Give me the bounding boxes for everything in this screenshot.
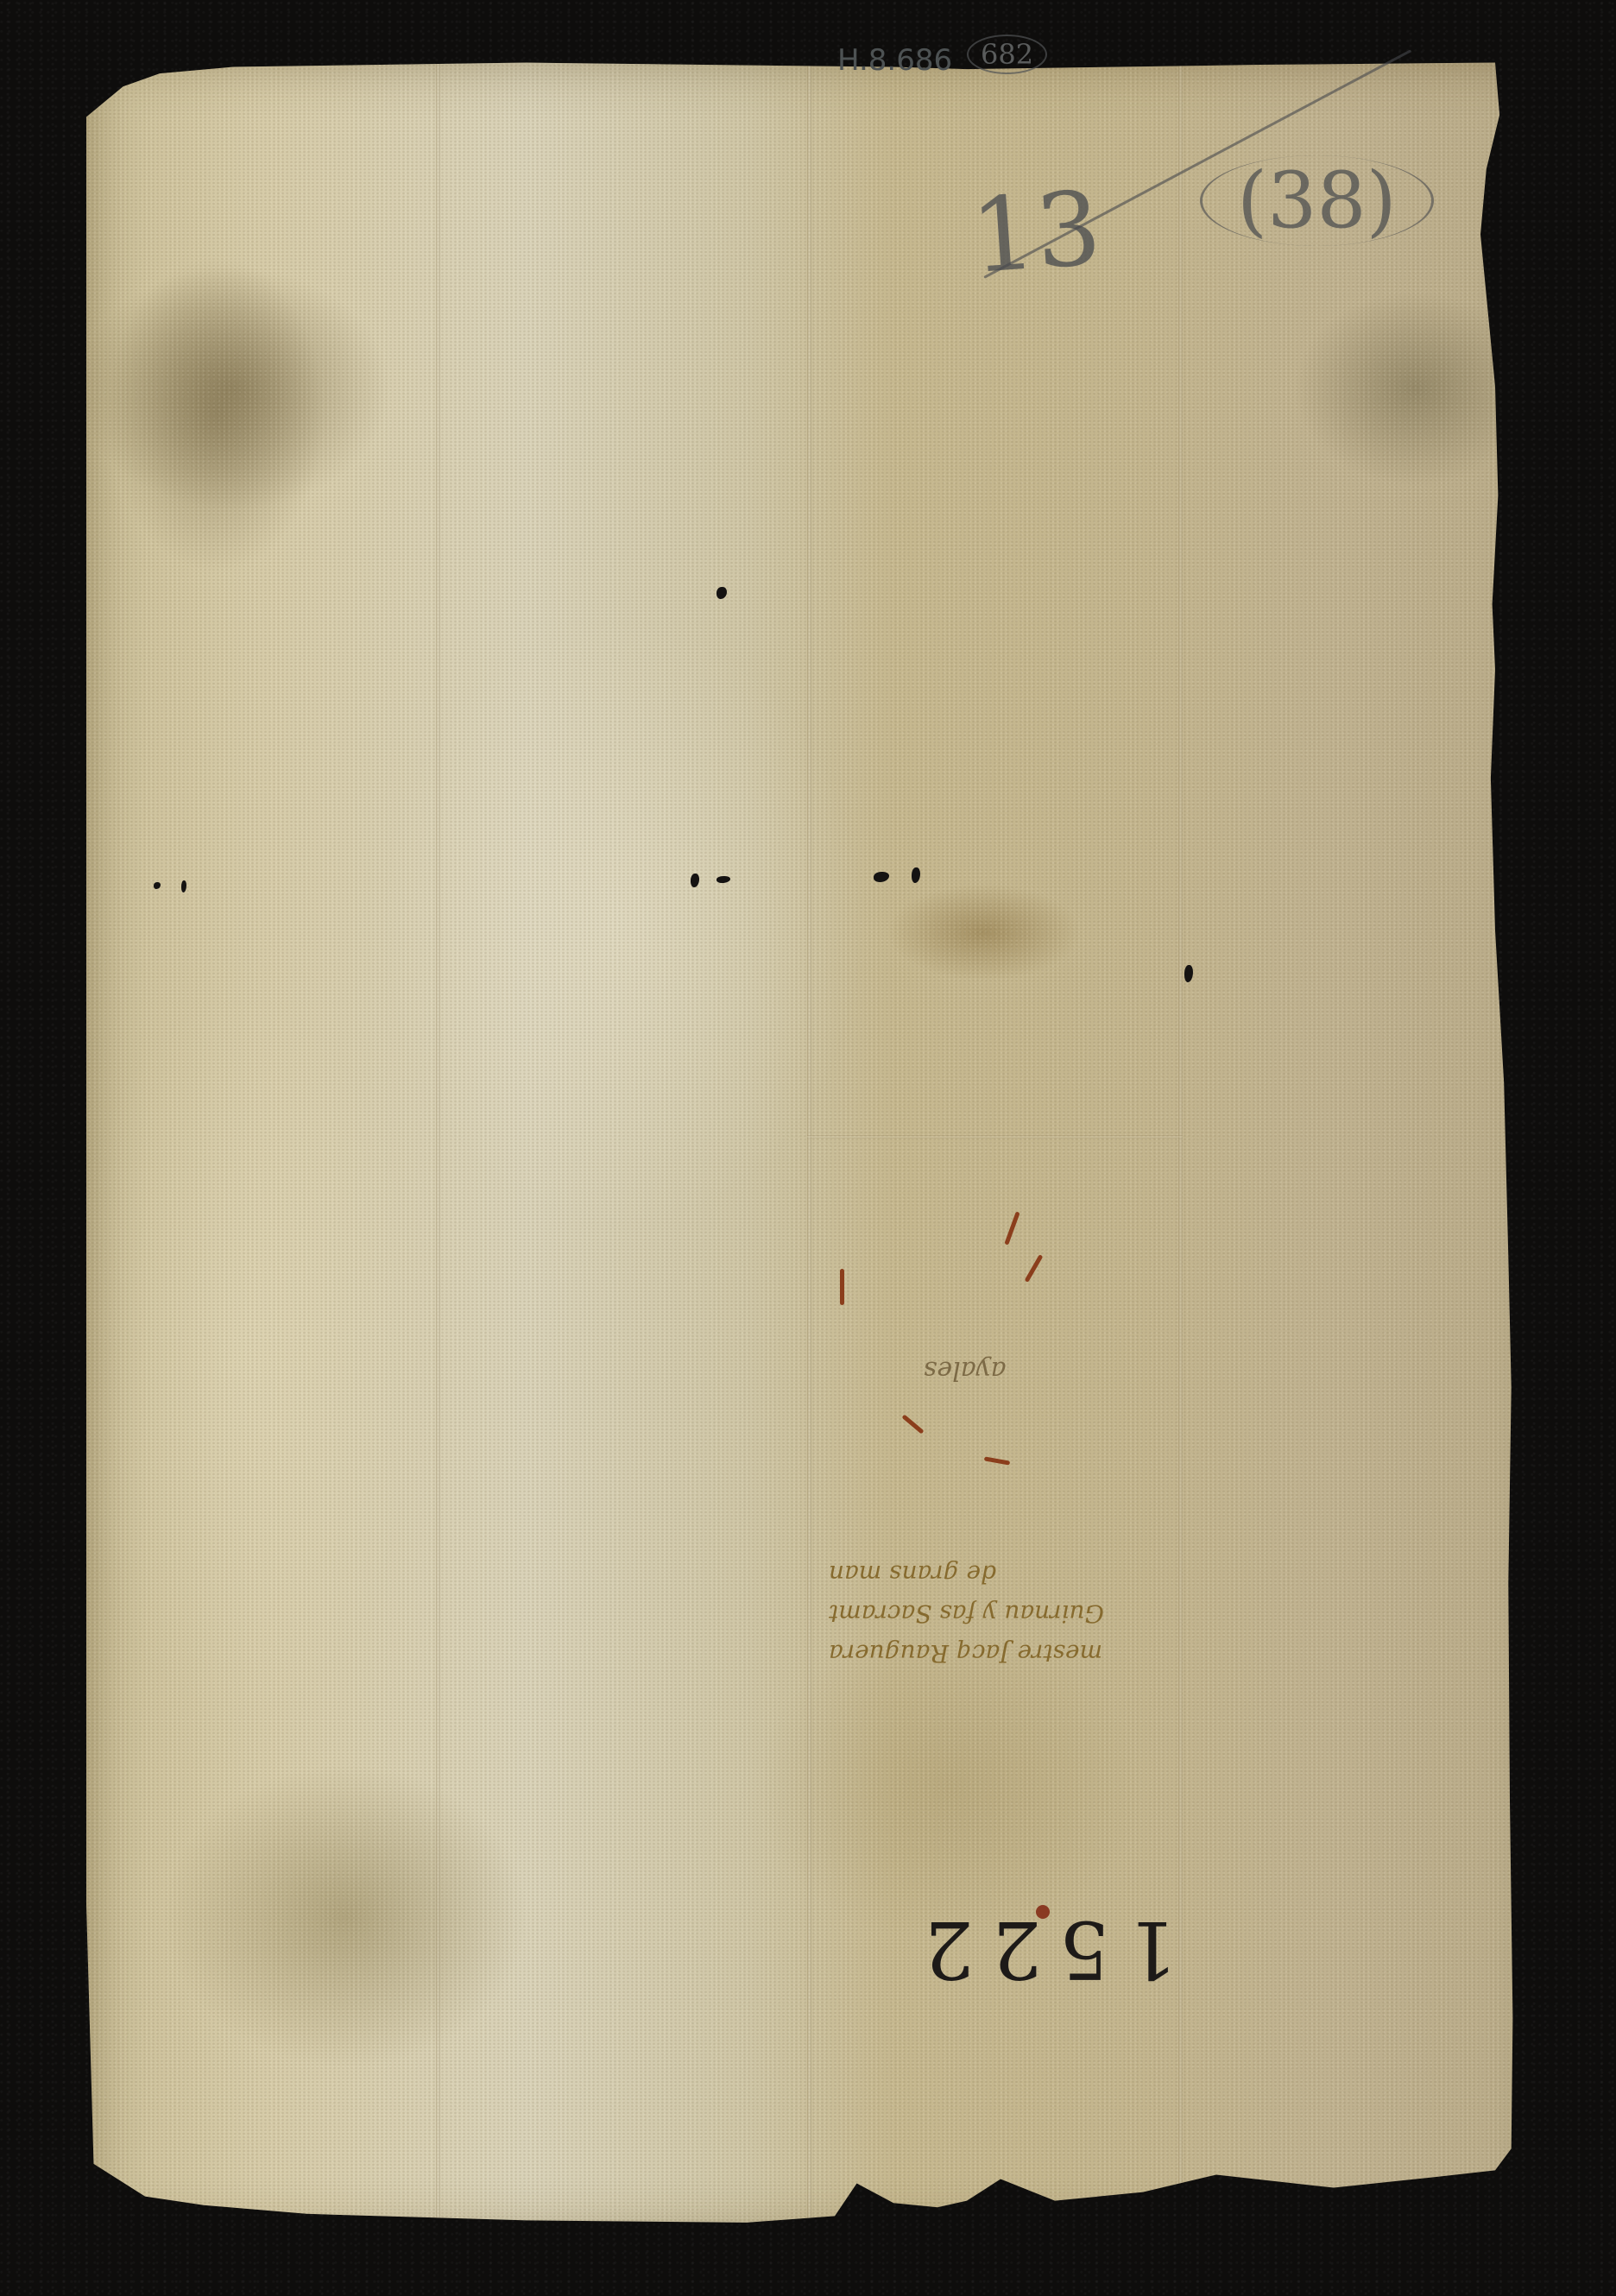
red-wax-trace <box>840 1269 844 1305</box>
vertical-fold-line <box>807 60 811 2236</box>
vertical-fold-line <box>436 60 440 2236</box>
circled-pencil-number: (38) <box>1200 155 1434 246</box>
red-wax-dot <box>1036 1905 1050 1919</box>
circled-folio-number: 682 <box>967 35 1047 74</box>
inverted-inscription-word: ayales <box>924 1355 1006 1385</box>
vertical-fold-line <box>1178 60 1183 2236</box>
horizontal-fold-line <box>807 1135 1183 1139</box>
shelfmark-label: H.8.686 <box>837 43 952 78</box>
inscription-line: de grans man <box>829 1554 1104 1593</box>
inscription-line: Guirnau y fas Sacramt <box>829 1593 1104 1633</box>
parchment-sheet <box>86 60 1554 2236</box>
inverted-inscription-block: mestre Jacq Rauguera Guirnau y fas Sacra… <box>829 1554 1104 1673</box>
inscription-line: mestre Jacq Rauguera <box>829 1633 1104 1673</box>
parchment-grain-texture <box>86 60 1554 2236</box>
